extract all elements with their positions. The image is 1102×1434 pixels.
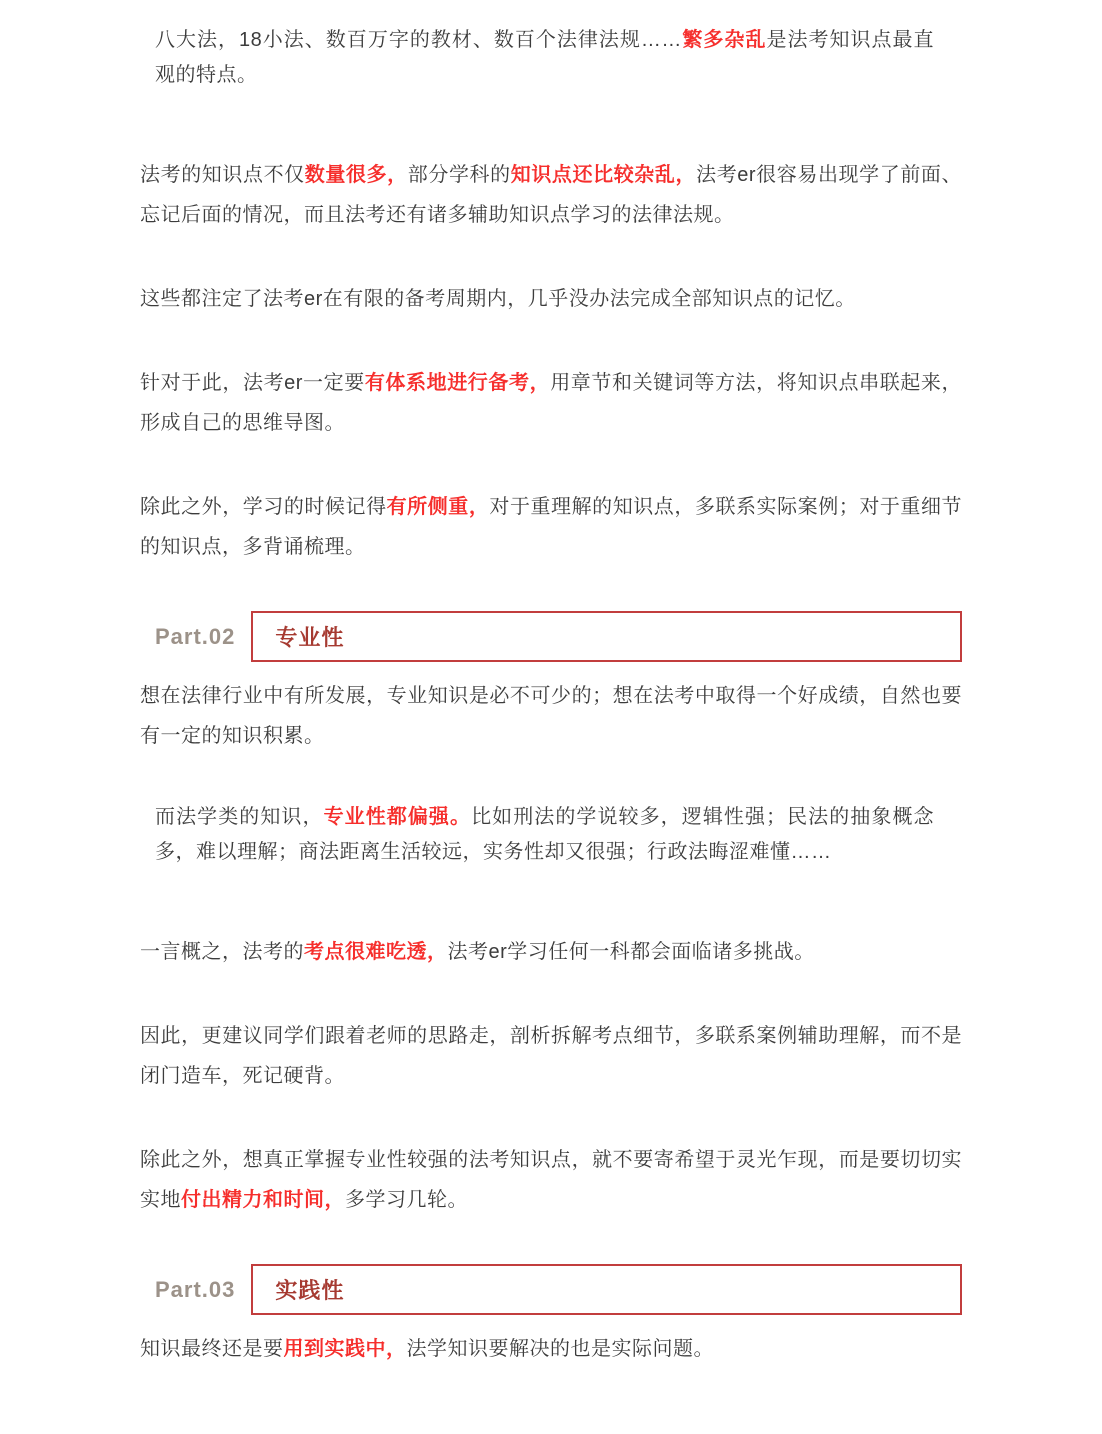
paragraph: 除此之外，想真正掌握专业性较强的法考知识点，就不要寄希望于灵光乍现，而是要切切实… bbox=[140, 1140, 962, 1220]
text-segment: 针对于此，法考er一定要 bbox=[140, 372, 365, 394]
part-title: 专业性 bbox=[275, 621, 344, 652]
highlight-segment: 知识点还比较杂乱， bbox=[511, 164, 696, 186]
highlight-segment: 用到实践中， bbox=[284, 1338, 407, 1360]
text-segment: 除此之外，学习的时候记得 bbox=[140, 496, 387, 518]
text-segment: 这些都注定了法考er在有限的备考周期内，几乎没办法完成全部知识点的记忆。 bbox=[140, 288, 856, 310]
text-segment: 法学知识要解决的也是实际问题。 bbox=[407, 1338, 715, 1360]
highlight-segment: 专业性都偏强。 bbox=[324, 806, 472, 828]
text-segment: 一言概之，法考的 bbox=[140, 941, 304, 963]
paragraph: 一言概之，法考的考点很难吃透，法考er学习任何一科都会面临诸多挑战。 bbox=[140, 932, 962, 972]
paragraph: 法考的知识点不仅数量很多，部分学科的知识点还比较杂乱，法考er很容易出现学了前面… bbox=[140, 155, 962, 235]
quote-paragraph: 八大法，18小法、数百万字的教材、数百个法律法规……繁多杂乱是法考知识点最直观的… bbox=[140, 23, 962, 93]
paragraph: 这些都注定了法考er在有限的备考周期内，几乎没办法完成全部知识点的记忆。 bbox=[140, 279, 962, 319]
text-segment: 而法学类的知识， bbox=[155, 806, 324, 828]
part-title: 实践性 bbox=[275, 1274, 344, 1305]
paragraph: 知识最终还是要用到实践中，法学知识要解决的也是实际问题。 bbox=[140, 1329, 962, 1369]
highlight-segment: 繁多杂乱 bbox=[682, 29, 767, 51]
part-label: Part.03 bbox=[155, 1277, 235, 1303]
text-segment: 八大法，18小法、数百万字的教材、数百个法律法规…… bbox=[155, 29, 682, 51]
part-header: Part.03实践性 bbox=[140, 1264, 962, 1315]
part-label: Part.02 bbox=[155, 624, 235, 650]
text-segment: 知识最终还是要 bbox=[140, 1338, 284, 1360]
paragraph: 因此，更建议同学们跟着老师的思路走，剖析拆解考点细节，多联系案例辅助理解，而不是… bbox=[140, 1016, 962, 1096]
quote-paragraph: 而法学类的知识，专业性都偏强。比如刑法的学说较多，逻辑性强；民法的抽象概念多，难… bbox=[140, 800, 962, 870]
text-segment: 多学习几轮。 bbox=[345, 1189, 468, 1211]
paragraph: 针对于此，法考er一定要有体系地进行备考，用章节和关键词等方法，将知识点串联起来… bbox=[140, 363, 962, 443]
highlight-segment: 考点很难吃透， bbox=[304, 941, 448, 963]
part-header: Part.02专业性 bbox=[140, 611, 962, 662]
highlight-segment: 有体系地进行备考， bbox=[365, 372, 550, 394]
part-title-box: 专业性 bbox=[251, 611, 962, 662]
part-title-box: 实践性 bbox=[251, 1264, 962, 1315]
text-segment: 法考的知识点不仅 bbox=[140, 164, 305, 186]
highlight-segment: 数量很多， bbox=[305, 164, 408, 186]
article-body: 八大法，18小法、数百万字的教材、数百个法律法规……繁多杂乱是法考知识点最直观的… bbox=[0, 0, 1102, 1369]
text-segment: 想在法律行业中有所发展，专业知识是必不可少的；想在法考中取得一个好成绩，自然也要… bbox=[140, 685, 962, 747]
highlight-segment: 付出精力和时间， bbox=[181, 1189, 345, 1211]
text-segment: 因此，更建议同学们跟着老师的思路走，剖析拆解考点细节，多联系案例辅助理解，而不是… bbox=[140, 1025, 962, 1087]
text-segment: 法考er学习任何一科都会面临诸多挑战。 bbox=[448, 941, 815, 963]
paragraph: 想在法律行业中有所发展，专业知识是必不可少的；想在法考中取得一个好成绩，自然也要… bbox=[140, 676, 962, 756]
text-segment: 部分学科的 bbox=[408, 164, 511, 186]
paragraph: 除此之外，学习的时候记得有所侧重，对于重理解的知识点，多联系实际案例；对于重细节… bbox=[140, 487, 962, 567]
highlight-segment: 有所侧重， bbox=[387, 496, 490, 518]
